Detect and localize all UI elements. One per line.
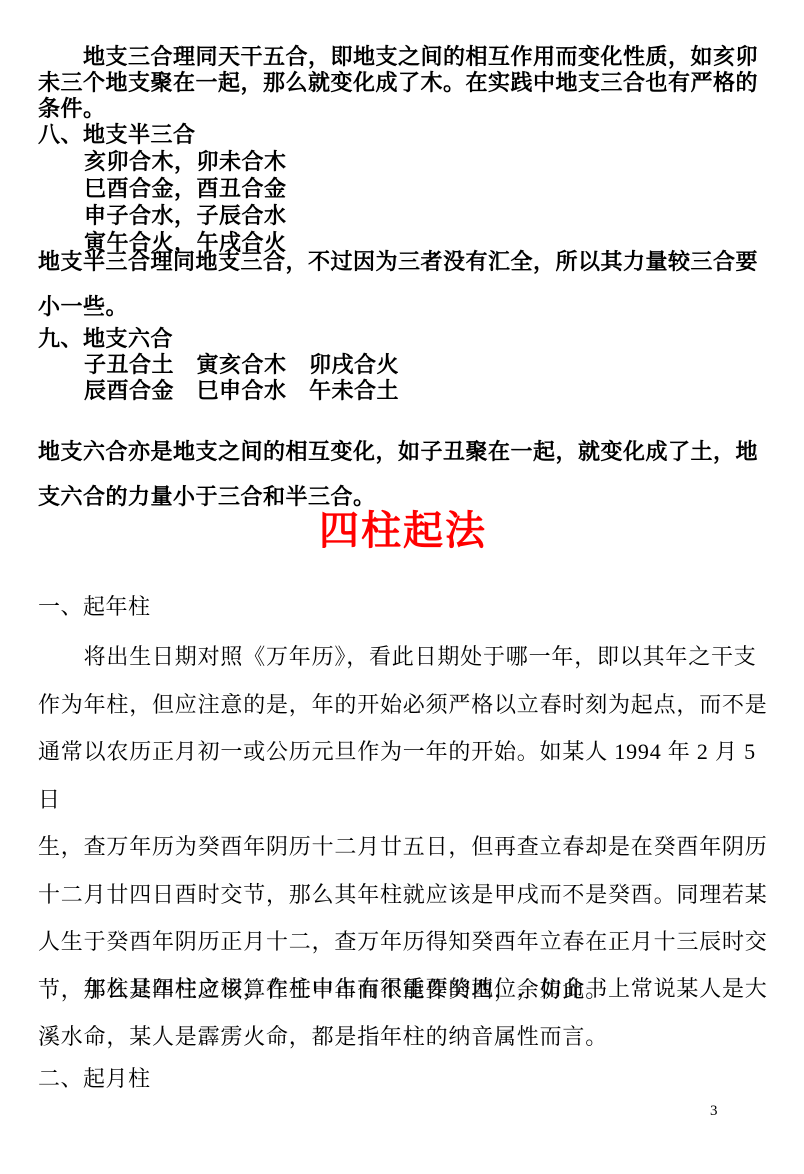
paragraph-dizhi-sanhe-intro: 地支三合理同天干五合，即地支之间的相互作用而变化性质，如亥卯未三个地支聚在一起，… — [38, 44, 768, 122]
section-heading-liuhe: 九、地支六合 — [38, 326, 768, 352]
text-line: 辰酉合金 巳申合水 午未合土 — [84, 378, 768, 404]
paragraph-year-pillar-1: 将出生日期对照《万年历》，看此日期处于哪一年，即以其年之干支作为年柱，但应注意的… — [38, 633, 768, 1013]
text-line: 申子合水，子辰合水 — [84, 202, 768, 229]
paragraph-half-sanhe-note: 地支半三合理同地支三合，不过因为三者没有汇全，所以其力量较三合要小一些。 — [38, 239, 768, 329]
liuhe-combination-list: 子丑合土 寅亥合木 卯戌合火辰酉合金 巳申合水 午未合土 — [38, 352, 768, 404]
text-line: 人生于癸酉年阴历正月十二，查万年历得知癸酉年立春在正月十三辰时交 — [38, 918, 768, 966]
document-page: 地支三合理同天干五合，即地支之间的相互作用而变化性质，如亥卯未三个地支聚在一起，… — [0, 0, 804, 1174]
text-line: 生，查万年历为癸酉年阴历十二月廿五日，但再查立春却是在癸酉年阴历 — [38, 823, 768, 871]
text-line: 地支三合理同天干五合，即地支之间的相互作用而变化性质，如亥卯 — [38, 44, 768, 70]
text-line: 十二月廿四日酉时交节，那么其年柱就应该是甲戌而不是癸酉。同理若某 — [38, 871, 768, 919]
chapter-title: 四柱起法 — [38, 503, 768, 559]
text-line: 溪水命，某人是霹雳火命，都是指年柱的纳音属性而言。 — [38, 1013, 768, 1061]
paragraph-year-pillar-2: 年柱是四柱之根，在柱中占有很重要的地位，如命书上常说某人是大溪水命，某人是霹雳火… — [38, 965, 768, 1060]
text-line: 条件。 — [38, 96, 768, 122]
section-heading-month-pillar: 二、起月柱 — [38, 1066, 768, 1092]
text-line: 年柱是四柱之根，在柱中占有很重要的地位，如命书上常说某人是大 — [38, 965, 768, 1013]
text-line: 将出生日期对照《万年历》，看此日期处于哪一年，即以其年之干支 — [38, 633, 768, 681]
page-number: 3 — [710, 1103, 718, 1120]
section-heading-half-sanhe: 八、地支半三合 — [38, 122, 768, 148]
text-line: 作为年柱，但应注意的是，年的开始必须严格以立春时刻为起点，而不是 — [38, 681, 768, 729]
text-line: 亥卯合木，卯未合木 — [84, 148, 768, 175]
text-line: 子丑合土 寅亥合木 卯戌合火 — [84, 352, 768, 378]
text-line: 小一些。 — [38, 284, 768, 329]
text-line: 地支半三合理同地支三合，不过因为三者没有汇全，所以其力量较三合要 — [38, 239, 768, 284]
text-line: 巳酉合金，酉丑合金 — [84, 175, 768, 202]
section-heading-year-pillar: 一、起年柱 — [38, 594, 768, 620]
text-line: 地支六合亦是地支之间的相互变化，如子丑聚在一起，就变化成了土，地 — [38, 429, 768, 474]
text-line: 未三个地支聚在一起，那么就变化成了木。在实践中地支三合也有严格的 — [38, 70, 768, 96]
text-line: 通常以农历正月初一或公历元旦作为一年的开始。如某人 1994 年 2 月 5 日 — [38, 728, 768, 823]
